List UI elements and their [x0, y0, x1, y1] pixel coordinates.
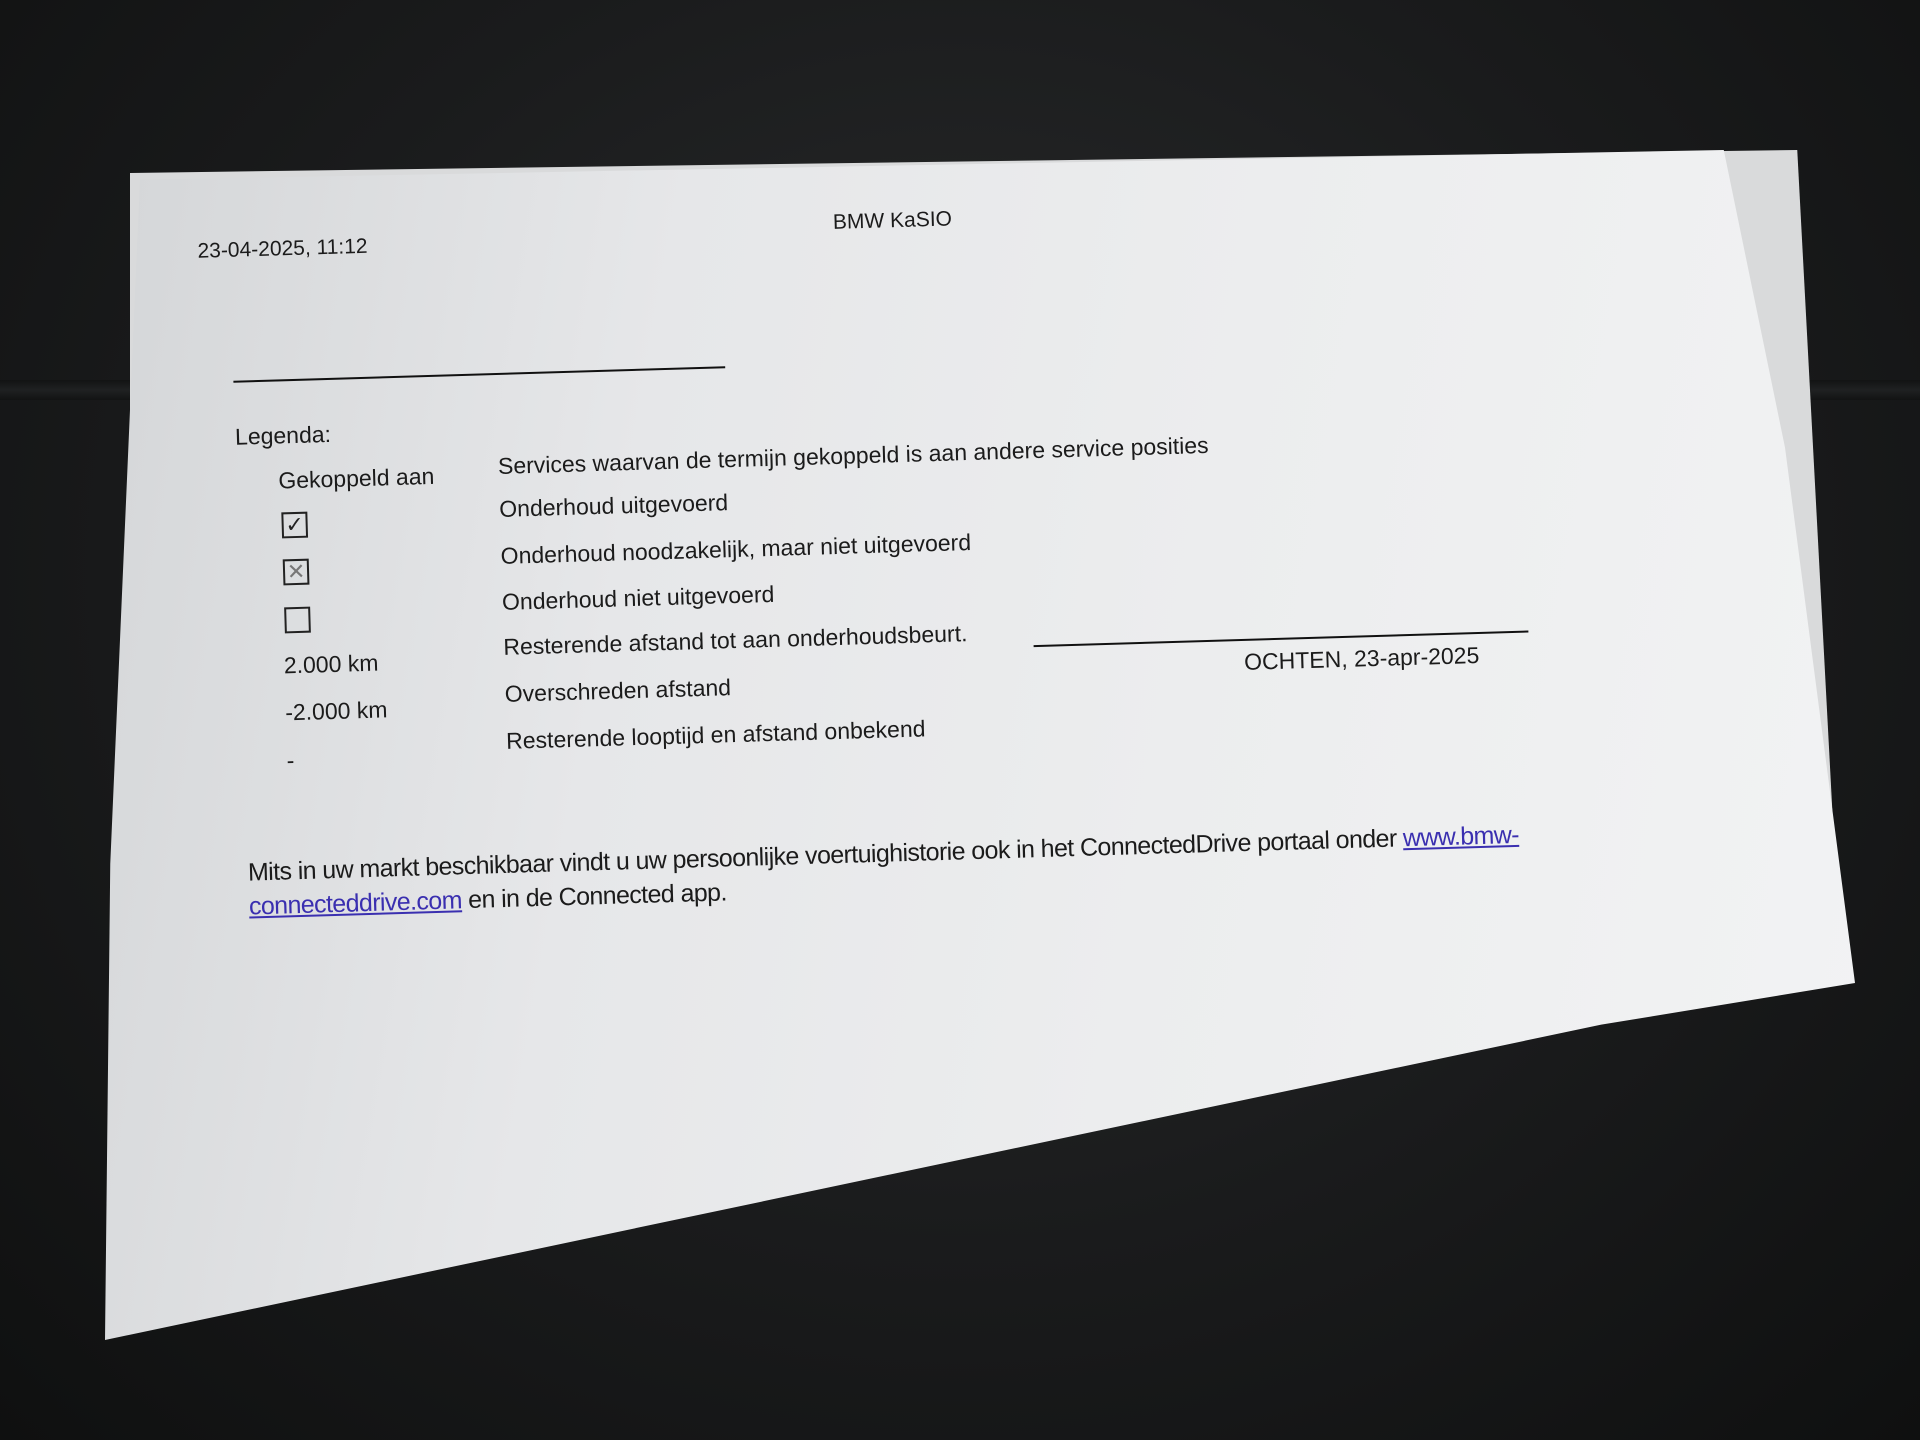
legend-key-linked: Gekoppeld aan — [278, 463, 435, 495]
footer-text-line-1: Mits in uw markt beschikbaar vindt u uw … — [248, 821, 1520, 888]
checkbox-empty-icon — [284, 607, 311, 634]
legend-desc-remaining-distance: Resterende afstand tot aan onderhoudsbeu… — [503, 620, 968, 661]
footer-text-after-link: en in de Connected app. — [461, 878, 727, 914]
legend-desc-performed: Onderhoud uitgevoerd — [499, 489, 729, 523]
footer-text: Mits in uw markt beschikbaar vindt u uw … — [248, 824, 1404, 886]
legend-desc-linked: Services waarvan de termijn gekoppeld is… — [498, 432, 1209, 480]
legend-desc-not-performed: Onderhoud niet uitgevoerd — [502, 581, 775, 616]
place-and-date: OCHTEN, 23-apr-2025 — [1244, 642, 1480, 676]
checkbox-checked-icon: ✓ — [281, 512, 308, 539]
legend-title: Legenda: — [235, 421, 332, 451]
document-content: 23-04-2025, 11:12 BMW KaSIO Legenda: Gek… — [190, 156, 1713, 1000]
document-title: BMW KaSIO — [833, 207, 953, 235]
header-divider — [233, 366, 725, 383]
legend-desc-unknown: Resterende looptijd en afstand onbekend — [506, 715, 926, 754]
legend-desc-necessary-not-performed: Onderhoud noodzakelijk, maar niet uitgev… — [500, 529, 971, 570]
checkbox-crossed-icon: ✕ — [283, 559, 310, 586]
connecteddrive-link-part1[interactable]: www.bmw- — [1403, 821, 1520, 852]
legend-key-remaining-distance: 2.000 km — [283, 650, 378, 680]
legend-key-unknown: - — [286, 747, 294, 774]
connecteddrive-link-part2[interactable]: connecteddrive.com — [249, 886, 463, 920]
print-datetime: 23-04-2025, 11:12 — [197, 235, 368, 264]
legend-desc-exceeded-distance: Overschreden afstand — [504, 674, 731, 708]
legend-key-exceeded-distance: -2.000 km — [285, 696, 388, 726]
